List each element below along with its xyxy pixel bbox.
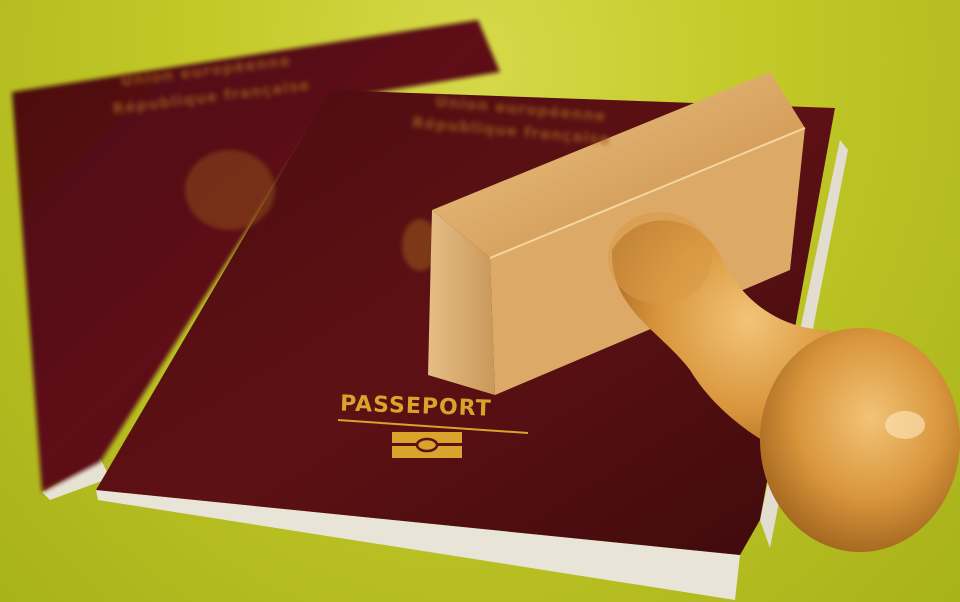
photo-scene: Union européenne République française Un…	[0, 0, 960, 602]
scene-illustration	[0, 0, 960, 602]
biometric-chip-icon	[392, 432, 462, 458]
passport-title: PASSEPORT	[340, 391, 492, 421]
